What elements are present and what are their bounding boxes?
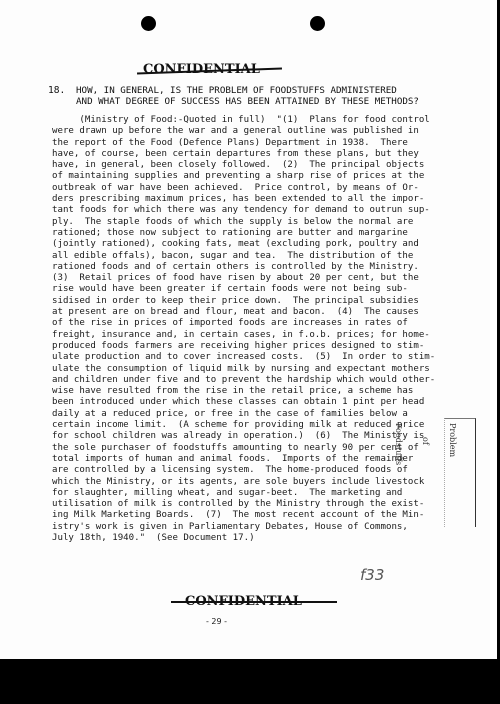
body-line: have, in general, been closely followed.…: [52, 160, 442, 171]
scan-edge-bottom: [0, 659, 500, 704]
side-tab-line-2: of: [421, 423, 430, 523]
punch-hole-right: [310, 16, 325, 31]
body-line: all edible offals), bacon, sugar and tea…: [52, 251, 442, 262]
body-line: freight, insurance and, in certain cases…: [52, 330, 442, 341]
body-line: sidised in order to keep their price dow…: [52, 296, 442, 307]
body-line: have, of course, been certain departures…: [52, 149, 442, 160]
document-page: CONFIDENTIAL 18. HOW, IN GENERAL, IS THE…: [0, 0, 500, 704]
body-line: rationed; those now subject to rationing…: [52, 228, 442, 239]
body-line: rationed foods and of certain others is …: [52, 262, 442, 273]
body-line: at present are on bread and flour, meat …: [52, 307, 442, 318]
handwritten-folio-number: f33: [360, 566, 384, 584]
body-line: (jointly rationed), cooking fats, meat (…: [52, 239, 442, 250]
body-line: istry's work is given in Parliamentary D…: [52, 522, 442, 533]
body-line: of maintaining supplies and preventing a…: [52, 171, 442, 182]
side-tab-line-1: Problem: [448, 423, 457, 523]
punch-hole-left: [141, 16, 156, 31]
side-tab-label: Problem of Foodstuffs: [376, 423, 475, 523]
question-number: 18.: [48, 85, 65, 96]
body-line: ulate production and to cover increased …: [52, 352, 442, 363]
body-line: been introduced under which these classe…: [52, 397, 442, 408]
body-line: July 18th, 1940." (See Document 17.): [52, 533, 442, 544]
body-line: (Ministry of Food:-Quoted in full) "(1) …: [52, 115, 442, 126]
body-line: outbreak of war have been achieved. Pric…: [52, 183, 442, 194]
body-line: ders prescribing maximum prices, has bee…: [52, 194, 442, 205]
question-heading-line-2: AND WHAT DEGREE OF SUCCESS HAS BEEN ATTA…: [76, 96, 419, 107]
classification-stamp-top: CONFIDENTIAL: [143, 62, 260, 77]
page-number: - 29 -: [206, 617, 227, 626]
body-line: (3) Retail prices of food have risen by …: [52, 273, 442, 284]
body-line: ply. The staple foods of which the suppl…: [52, 217, 442, 228]
body-line: daily at a reduced price, or free in the…: [52, 409, 442, 420]
body-line: produced foods farmers are receiving hig…: [52, 341, 442, 352]
side-tab-line-3: Foodstuffs: [394, 423, 403, 523]
body-line: of the rise in prices of imported foods …: [52, 318, 442, 329]
side-index-tab: Problem of Foodstuffs: [444, 418, 476, 527]
body-line: and children under five and to prevent t…: [52, 375, 442, 386]
body-line: were drawn up before the war and a gener…: [52, 126, 442, 137]
question-heading-line-1: HOW, IN GENERAL, IS THE PROBLEM OF FOODS…: [76, 85, 397, 96]
body-line: the report of the Food (Defence Plans) D…: [52, 138, 442, 149]
body-line: ulate the consumption of liquid milk by …: [52, 364, 442, 375]
body-line: rise would have been greater if certain …: [52, 284, 442, 295]
body-line: tant foods for which there was any tende…: [52, 205, 442, 216]
classification-stamp-bottom: CONFIDENTIAL: [185, 594, 302, 609]
body-line: wise have resulted from the rise in the …: [52, 386, 442, 397]
